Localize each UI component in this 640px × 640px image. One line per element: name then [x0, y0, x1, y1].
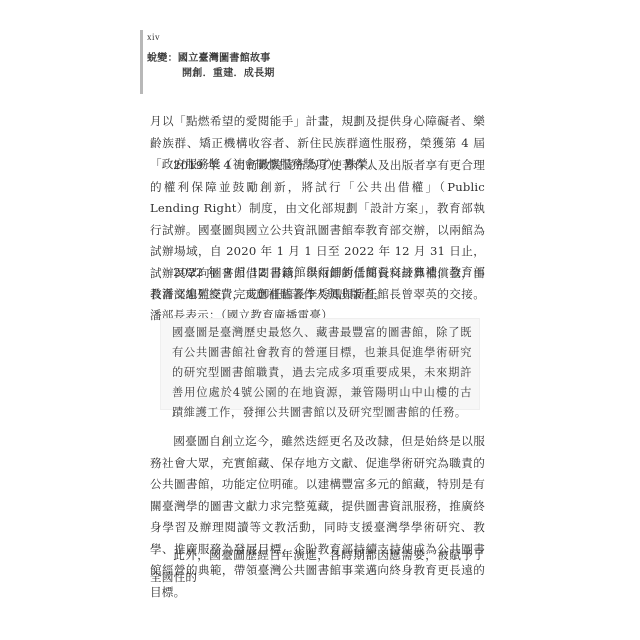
block-quote: 國臺圖是臺灣歷史最悠久、藏書最豐富的圖書館，除了既有公共圖書館社會教育的營運目標…	[172, 323, 472, 423]
paragraph-5: 此外，國臺圖歷經百年演進，各時期都因應需要，被賦予了全國性的	[150, 545, 485, 588]
running-subtitle: 開創．重建．成長期	[182, 64, 275, 79]
margin-bar	[140, 30, 143, 94]
page-number: xiv	[147, 32, 160, 42]
running-title: 蛻變：國立臺灣圖書館故事	[147, 49, 271, 64]
book-page: xiv 蛻變：國立臺灣圖書館故事 開創．重建．成長期 月以「點燃希望的愛閱能手」…	[0, 0, 640, 640]
paragraph-3: 2022 年 9 月 12 日該館舉行卸新任館長交接典禮，教育部長潘文忠監交，完…	[150, 262, 485, 327]
